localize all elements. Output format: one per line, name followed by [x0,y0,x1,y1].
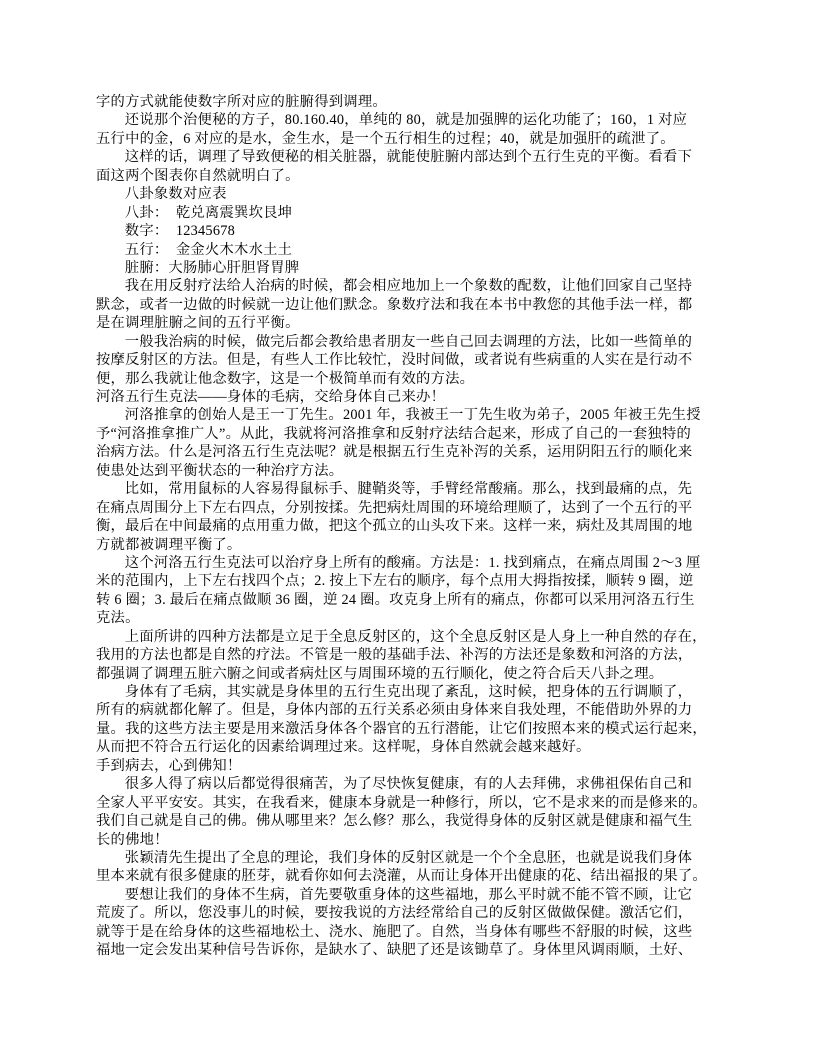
text-line: 所有的病就都化解了。但是，身体内部的五行关系必须由身体来自我处理，不能借助外界的… [96,701,728,719]
text-line: 便，那么我就让他念数字，这是一个极简单而有效的方法。 [96,370,728,388]
text-line: 按摩反射区的方法。但是，有些人工作比较忙，没时间做，或者说有些病重的人实在是行动… [96,351,728,369]
text-line: 荒废了。所以，您没事儿的时候，要按我说的方法经常给自己的反射区做做保健。激活它们… [96,904,728,922]
document-body: 字的方式就能使数字所对应的脏腑得到调理。还说那个治便秘的方子，80.160.40… [96,93,728,960]
text-line: 河洛推拿的创始人是王一丁先生。2001 年，我被王一丁先生收为弟子，2005 年… [96,406,728,424]
document-page: 字的方式就能使数字所对应的脏腑得到调理。还说那个治便秘的方子，80.160.40… [0,0,816,1056]
text-line: 要想让我们的身体不生病，首先要敬重身体的这些福地，那么平时就不能不管不顾，让它 [96,886,728,904]
table-line: 八卦象数对应表 [96,185,728,203]
text-line: 身体有了毛病，其实就是身体里的五行生克出现了紊乱，这时候，把身体的五行调顺了， [96,683,728,701]
text-line: 张颖清先生提出了全息的理论，我们身体的反射区就是一个个全息胚，也就是说我们身体 [96,849,728,867]
text-line: 米的范围内，上下左右找四个点；2. 按上下左右的顺序，每个点用大拇指按揉，顺转 … [96,572,728,590]
text-line: 衡，最后在中间最痛的点用重力做，把这个孤立的山头攻下来。这样一来，病灶及其周围的… [96,517,728,535]
text-line: 字的方式就能使数字所对应的脏腑得到调理。 [96,93,728,111]
text-line: 使患处达到平衡状态的一种治疗方法。 [96,462,728,480]
text-line: 五行中的金，6 对应的是水，金生水，是一个五行相生的过程；40，就是加强肝的疏泄… [96,130,728,148]
text-line: 这样的话，调理了导致便秘的相关脏器，就能使脏腑内部达到个五行生克的平衡。看看下 [96,148,728,166]
text-line: 克法。 [96,609,728,627]
table-line: 脏腑：大肠肺心肝胆肾胃脾 [96,259,728,277]
text-line: 长的佛地！ [96,831,728,849]
text-line: 在痛点周围分上下左右四点，分别按揉。先把病灶周围的环境给理顺了，达到了一个五行的… [96,499,728,517]
text-line: 默念，或者一边做的时候就一边让他们默念。象数疗法和我在本书中教您的其他手法一样，… [96,296,728,314]
text-line: 治病方法。什么是河洛五行生克法呢？就是根据五行生克补泻的关系，运用阴阳五行的顺化… [96,443,728,461]
text-line: 我在用反射疗法给人治病的时候，都会相应地加上一个象数的配数，让他们回家自己坚持 [96,277,728,295]
text-line: 我用的方法也都是自然的疗法。不管是一般的基础手法、补泻的方法还是象数和河洛的方法… [96,646,728,664]
section-heading: 河洛五行生克法——身体的毛病，交给身体自己来办！ [96,388,728,406]
text-line: 转 6 圈；3. 最后在痛点做顺 36 圈，逆 24 圈。攻克身上所有的痛点，你… [96,591,728,609]
table-line: 数字： 12345678 [96,222,728,240]
text-line: 这个河洛五行生克法可以治疗身上所有的酸痛。方法是：1. 找到痛点，在痛点周围 2… [96,554,728,572]
text-line: 面这两个图表你自然就明白了。 [96,167,728,185]
text-line: 比如，常用鼠标的人容易得鼠标手、腱鞘炎等，手臂经常酸痛。那么，找到最痛的点，先 [96,480,728,498]
text-line: 一般我治病的时候，做完后都会教给患者朋友一些自己回去调理的方法，比如一些简单的 [96,333,728,351]
text-line: 我们自己就是自己的佛。佛从哪里来？怎么修？那么，我觉得身体的反射区就是健康和福气… [96,812,728,830]
text-line: 都强调了调理五脏六腑之间或者病灶区与周围环境的五行顺化，使之符合后天八卦之理。 [96,665,728,683]
text-line: 是在调理脏腑之间的五行平衡。 [96,314,728,332]
section-heading: 手到病去，心到佛知！ [96,757,728,775]
text-line: 就等于是在给身体的这些福地松土、浇水、施肥了。自然，当身体有哪些不舒服的时候，这… [96,923,728,941]
text-line: 方就都被调理平衡了。 [96,536,728,554]
text-line: 福地一定会发出某种信号告诉你，是缺水了、缺肥了还是该锄草了。身体里风调雨顺，土好… [96,941,728,959]
text-line: 从而把不符合五行运化的因素给调理过来。这样呢，身体自然就会越来越好。 [96,738,728,756]
text-line: 还说那个治便秘的方子，80.160.40，单纯的 80，就是加强脾的运化功能了；… [96,111,728,129]
text-line: 很多人得了病以后都觉得很痛苦，为了尽快恢复健康，有的人去拜佛，求佛祖保佑自己和 [96,775,728,793]
text-line: 里本来就有很多健康的胚芽，就看你如何去浇灌，从而让身体开出健康的花、结出福报的果… [96,867,728,885]
text-line: 全家人平平安安。其实，在我看来，健康本身就是一种修行，所以，它不是求来的而是修来… [96,794,728,812]
text-line: 予“河洛推拿推广人”。从此，我就将河洛推拿和反射疗法结合起来，形成了自己的一套独… [96,425,728,443]
table-line: 五行： 金金火木木水土土 [96,241,728,259]
text-line: 量。我的这些方法主要是用来激活身体各个器官的五行潜能，让它们按照本来的模式运行起… [96,720,728,738]
table-line: 八卦： 乾兑离震巽坎艮坤 [96,204,728,222]
text-line: 上面所讲的四种方法都是立足于全息反射区的，这个全息反射区是人身上一种自然的存在， [96,628,728,646]
